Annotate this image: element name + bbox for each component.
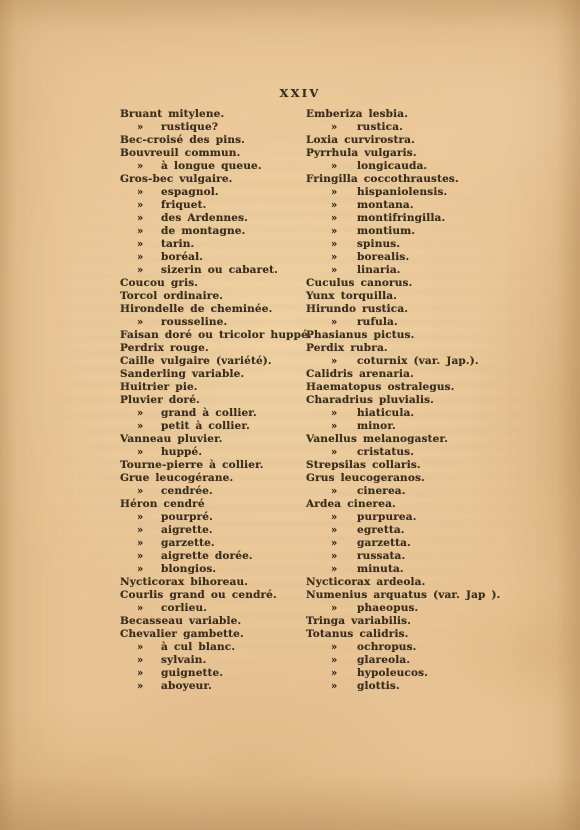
entry-text: aigrette. xyxy=(161,524,213,536)
entry-text: Becasseau variable. xyxy=(120,615,241,627)
entry-french: »blongios. xyxy=(120,563,306,576)
entry-text: guignette. xyxy=(161,667,223,679)
entry-text: Tourne-pierre à collier. xyxy=(120,459,264,471)
entry-text: Vanellus melanogaster. xyxy=(306,433,448,445)
entry-latin: »longicauda. xyxy=(306,160,506,173)
ditto-mark: » xyxy=(137,446,161,459)
entry-text: Huitrier pie. xyxy=(120,381,198,393)
ditto-mark: » xyxy=(137,407,161,420)
entry-text: Pyrrhula vulgaris. xyxy=(306,147,417,159)
entry-text: purpurea. xyxy=(357,511,417,523)
ditto-mark: » xyxy=(331,251,357,264)
entry-text: Calidris arenaria. xyxy=(306,368,414,380)
entry-french: »aigrette. xyxy=(120,524,306,537)
ditto-mark: » xyxy=(137,537,161,550)
entry-latin: »rufula. xyxy=(306,316,506,329)
entry-latin: »purpurea. xyxy=(306,511,506,524)
entry-latin: Strepsilas collaris. xyxy=(306,459,506,472)
entry-french: Gros-bec vulgaire. xyxy=(120,173,306,186)
ditto-mark: » xyxy=(137,264,161,277)
entry-text: Hirundo rustica. xyxy=(306,303,408,315)
entry-text: cristatus. xyxy=(357,446,414,458)
ditto-mark: » xyxy=(331,667,357,680)
entry-text: egretta. xyxy=(357,524,405,536)
entry-text: aboyeur. xyxy=(161,680,212,692)
entry-text: à longue queue. xyxy=(161,160,262,172)
entry-text: Haematopus ostralegus. xyxy=(306,381,455,393)
entry-text: Nycticorax bihoreau. xyxy=(120,576,248,588)
entry-latin: »russata. xyxy=(306,550,506,563)
entry-latin: Totanus calidris. xyxy=(306,628,506,641)
entry-text: sizerin ou cabaret. xyxy=(161,264,278,276)
entry-text: boréal. xyxy=(161,251,203,263)
ditto-mark: » xyxy=(137,160,161,173)
entry-french: Becasseau variable. xyxy=(120,615,306,628)
entry-latin: Phasianus pictus. xyxy=(306,329,506,342)
entry-latin: »ochropus. xyxy=(306,641,506,654)
entry-text: Phasianus pictus. xyxy=(306,329,414,341)
ditto-mark: » xyxy=(137,602,161,615)
entry-french: »espagnol. xyxy=(120,186,306,199)
entry-french: »à cul blanc. xyxy=(120,641,306,654)
entry-text: Coucou gris. xyxy=(120,277,198,289)
ditto-mark: » xyxy=(137,654,161,667)
french-column: Bruant mitylene.»rustique?Bec-croisé des… xyxy=(120,108,306,693)
entry-latin: »rustica. xyxy=(306,121,506,134)
ditto-mark: » xyxy=(137,680,161,693)
entry-text: montana. xyxy=(357,199,414,211)
ditto-mark: » xyxy=(137,563,161,576)
entry-french: Vanneau pluvier. xyxy=(120,433,306,446)
entry-text: grand à collier. xyxy=(161,407,257,419)
page-number: XXIV xyxy=(120,86,480,100)
entry-text: tarin. xyxy=(161,238,194,250)
ditto-mark: » xyxy=(331,602,357,615)
entry-text: minor. xyxy=(357,420,396,432)
entry-text: linaria. xyxy=(357,264,401,276)
entry-text: sylvain. xyxy=(161,654,206,666)
entry-latin: Loxia curvirostra. xyxy=(306,134,506,147)
entry-latin: Yunx torquilla. xyxy=(306,290,506,303)
entry-latin: »phaeopus. xyxy=(306,602,506,615)
entry-text: Totanus calidris. xyxy=(306,628,408,640)
entry-latin: »minuta. xyxy=(306,563,506,576)
entry-text: Sanderling variable. xyxy=(120,368,244,380)
entry-text: Ardea cinerea. xyxy=(306,498,396,510)
entry-french: »sizerin ou cabaret. xyxy=(120,264,306,277)
entry-latin: »coturnix (var. Jap.). xyxy=(306,355,506,368)
entry-latin: »garzetta. xyxy=(306,537,506,550)
entry-french: »friquet. xyxy=(120,199,306,212)
ditto-mark: » xyxy=(137,550,161,563)
ditto-mark: » xyxy=(331,511,357,524)
entry-text: glareola. xyxy=(357,654,410,666)
entry-text: aigrette dorée. xyxy=(161,550,253,562)
entry-text: ochropus. xyxy=(357,641,416,653)
entry-text: cendrée. xyxy=(161,485,213,497)
entry-french: Sanderling variable. xyxy=(120,368,306,381)
entry-text: Nycticorax ardeola. xyxy=(306,576,425,588)
entry-text: garzetta. xyxy=(357,537,411,549)
entry-text: rufula. xyxy=(357,316,398,328)
entry-latin: Nycticorax ardeola. xyxy=(306,576,506,589)
entry-text: Vanneau pluvier. xyxy=(120,433,223,445)
entry-text: Grue leucogérane. xyxy=(120,472,233,484)
entry-text: rustica. xyxy=(357,121,403,133)
entry-text: Bec-croisé des pins. xyxy=(120,134,245,146)
entry-french: »guignette. xyxy=(120,667,306,680)
entry-text: Strepsilas collaris. xyxy=(306,459,421,471)
ditto-mark: » xyxy=(331,485,357,498)
entry-french: Bruant mitylene. xyxy=(120,108,306,121)
entry-text: Gros-bec vulgaire. xyxy=(120,173,232,185)
entry-french: »pourpré. xyxy=(120,511,306,524)
entry-text: Loxia curvirostra. xyxy=(306,134,415,146)
scanned-book-page: XXIV Bruant mitylene.»rustique?Bec-crois… xyxy=(0,0,580,830)
entry-latin: »cinerea. xyxy=(306,485,506,498)
ditto-mark: » xyxy=(137,641,161,654)
entry-latin: Fringilla coccothraustes. xyxy=(306,173,506,186)
ditto-mark: » xyxy=(137,186,161,199)
entry-latin: »hiaticula. xyxy=(306,407,506,420)
entry-french: Torcol ordinaire. xyxy=(120,290,306,303)
entry-text: huppé. xyxy=(161,446,202,458)
ditto-mark: » xyxy=(137,316,161,329)
bird-name-list: Bruant mitylene.»rustique?Bec-croisé des… xyxy=(120,108,506,693)
entry-latin: Calidris arenaria. xyxy=(306,368,506,381)
entry-text: des Ardennes. xyxy=(161,212,248,224)
entry-text: Emberiza lesbia. xyxy=(306,108,408,120)
entry-text: Héron cendré xyxy=(120,498,205,510)
entry-french: Huitrier pie. xyxy=(120,381,306,394)
entry-french: »garzette. xyxy=(120,537,306,550)
entry-latin: Emberiza lesbia. xyxy=(306,108,506,121)
entry-latin: »montana. xyxy=(306,199,506,212)
ditto-mark: » xyxy=(331,537,357,550)
ditto-mark: » xyxy=(331,563,357,576)
entry-french: »rousseline. xyxy=(120,316,306,329)
entry-text: rustique? xyxy=(161,121,218,133)
ditto-mark: » xyxy=(137,524,161,537)
ditto-mark: » xyxy=(331,407,357,420)
entry-text: hypoleucos. xyxy=(357,667,428,679)
entry-french: »huppé. xyxy=(120,446,306,459)
entry-latin: Numenius arquatus (var. Jap ). xyxy=(306,589,506,602)
entry-latin: »montifringilla. xyxy=(306,212,506,225)
entry-text: cinerea. xyxy=(357,485,406,497)
entry-french: »rustique? xyxy=(120,121,306,134)
entry-text: blongios. xyxy=(161,563,216,575)
entry-french: »aboyeur. xyxy=(120,680,306,693)
ditto-mark: » xyxy=(331,225,357,238)
entry-latin: Haematopus ostralegus. xyxy=(306,381,506,394)
entry-text: borealis. xyxy=(357,251,409,263)
entry-latin: »glareola. xyxy=(306,654,506,667)
ditto-mark: » xyxy=(331,121,357,134)
entry-text: Fringilla coccothraustes. xyxy=(306,173,459,185)
entry-latin: Ardea cinerea. xyxy=(306,498,506,511)
entry-french: Chevalier gambette. xyxy=(120,628,306,641)
entry-text: à cul blanc. xyxy=(161,641,235,653)
entry-text: de montagne. xyxy=(161,225,245,237)
entry-text: Numenius arquatus (var. Jap ). xyxy=(306,589,500,601)
ditto-mark: » xyxy=(331,420,357,433)
entry-text: Perdix rubra. xyxy=(306,342,388,354)
entry-text: montium. xyxy=(357,225,415,237)
ditto-mark: » xyxy=(137,121,161,134)
ditto-mark: » xyxy=(331,238,357,251)
entry-french: »de montagne. xyxy=(120,225,306,238)
entry-french: »grand à collier. xyxy=(120,407,306,420)
entry-text: Grus leucogeranos. xyxy=(306,472,425,484)
entry-latin: »cristatus. xyxy=(306,446,506,459)
ditto-mark: » xyxy=(331,641,357,654)
entry-french: Perdrix rouge. xyxy=(120,342,306,355)
entry-text: minuta. xyxy=(357,563,404,575)
ditto-mark: » xyxy=(331,524,357,537)
entry-french: »boréal. xyxy=(120,251,306,264)
entry-text: hispaniolensis. xyxy=(357,186,447,198)
ditto-mark: » xyxy=(137,251,161,264)
entry-text: coturnix (var. Jap.). xyxy=(357,355,479,367)
entry-text: Pluvier doré. xyxy=(120,394,200,406)
entry-french: Faisan doré ou tricolor huppé. xyxy=(120,329,306,342)
ditto-mark: » xyxy=(331,264,357,277)
entry-latin: Pyrrhula vulgaris. xyxy=(306,147,506,160)
ditto-mark: » xyxy=(331,654,357,667)
entry-french: Tourne-pierre à collier. xyxy=(120,459,306,472)
ditto-mark: » xyxy=(137,667,161,680)
ditto-mark: » xyxy=(137,199,161,212)
entry-text: glottis. xyxy=(357,680,400,692)
entry-latin: »hispaniolensis. xyxy=(306,186,506,199)
entry-french: »petit à collier. xyxy=(120,420,306,433)
entry-french: »corlieu. xyxy=(120,602,306,615)
entry-text: hiaticula. xyxy=(357,407,414,419)
entry-latin: »glottis. xyxy=(306,680,506,693)
entry-latin: »hypoleucos. xyxy=(306,667,506,680)
entry-latin: »spinus. xyxy=(306,238,506,251)
entry-french: »des Ardennes. xyxy=(120,212,306,225)
entry-latin: Perdix rubra. xyxy=(306,342,506,355)
entry-latin: »montium. xyxy=(306,225,506,238)
entry-french: Courlis grand ou cendré. xyxy=(120,589,306,602)
entry-text: Courlis grand ou cendré. xyxy=(120,589,277,601)
entry-french: Hirondelle de cheminée. xyxy=(120,303,306,316)
entry-text: longicauda. xyxy=(357,160,427,172)
entry-text: Charadrius pluvialis. xyxy=(306,394,434,406)
entry-latin: »linaria. xyxy=(306,264,506,277)
ditto-mark: » xyxy=(331,160,357,173)
ditto-mark: » xyxy=(137,511,161,524)
ditto-mark: » xyxy=(137,238,161,251)
entry-text: pourpré. xyxy=(161,511,213,523)
entry-french: »aigrette dorée. xyxy=(120,550,306,563)
latin-column: Emberiza lesbia.»rustica.Loxia curvirost… xyxy=(306,108,506,693)
entry-french: »sylvain. xyxy=(120,654,306,667)
entry-text: Bruant mitylene. xyxy=(120,108,224,120)
entry-text: Torcol ordinaire. xyxy=(120,290,223,302)
entry-text: montifringilla. xyxy=(357,212,445,224)
entry-text: Tringa variabilis. xyxy=(306,615,411,627)
entry-text: corlieu. xyxy=(161,602,207,614)
ditto-mark: » xyxy=(137,225,161,238)
entry-text: Caille vulgaire (variété). xyxy=(120,355,272,367)
ditto-mark: » xyxy=(137,420,161,433)
entry-french: Coucou gris. xyxy=(120,277,306,290)
entry-latin: Vanellus melanogaster. xyxy=(306,433,506,446)
ditto-mark: » xyxy=(331,680,357,693)
entry-text: petit à collier. xyxy=(161,420,250,432)
entry-french: Grue leucogérane. xyxy=(120,472,306,485)
entry-latin: »minor. xyxy=(306,420,506,433)
entry-french: Caille vulgaire (variété). xyxy=(120,355,306,368)
entry-latin: Hirundo rustica. xyxy=(306,303,506,316)
ditto-mark: » xyxy=(331,446,357,459)
entry-text: Chevalier gambette. xyxy=(120,628,244,640)
entry-latin: Grus leucogeranos. xyxy=(306,472,506,485)
entry-text: rousseline. xyxy=(161,316,227,328)
entry-text: Cuculus canorus. xyxy=(306,277,412,289)
entry-text: garzette. xyxy=(161,537,215,549)
ditto-mark: » xyxy=(331,316,357,329)
ditto-mark: » xyxy=(137,212,161,225)
entry-text: Perdrix rouge. xyxy=(120,342,209,354)
entry-latin: »borealis. xyxy=(306,251,506,264)
entry-french: »à longue queue. xyxy=(120,160,306,173)
ditto-mark: » xyxy=(137,485,161,498)
ditto-mark: » xyxy=(331,199,357,212)
entry-latin: »egretta. xyxy=(306,524,506,537)
entry-text: espagnol. xyxy=(161,186,219,198)
entry-latin: Tringa variabilis. xyxy=(306,615,506,628)
entry-text: friquet. xyxy=(161,199,206,211)
entry-latin: Cuculus canorus. xyxy=(306,277,506,290)
entry-text: Bouvreuil commun. xyxy=(120,147,240,159)
entry-french: Héron cendré xyxy=(120,498,306,511)
entry-french: Bec-croisé des pins. xyxy=(120,134,306,147)
entry-text: Hirondelle de cheminée. xyxy=(120,303,272,315)
entry-text: Yunx torquilla. xyxy=(306,290,397,302)
ditto-mark: » xyxy=(331,186,357,199)
entry-french: Nycticorax bihoreau. xyxy=(120,576,306,589)
ditto-mark: » xyxy=(331,212,357,225)
entry-french: Bouvreuil commun. xyxy=(120,147,306,160)
entry-text: russata. xyxy=(357,550,405,562)
entry-text: phaeopus. xyxy=(357,602,418,614)
ditto-mark: » xyxy=(331,550,357,563)
ditto-mark: » xyxy=(331,355,357,368)
entry-french: »cendrée. xyxy=(120,485,306,498)
entry-french: Pluvier doré. xyxy=(120,394,306,407)
entry-latin: Charadrius pluvialis. xyxy=(306,394,506,407)
entry-text: spinus. xyxy=(357,238,400,250)
entry-text: Faisan doré ou tricolor huppé. xyxy=(120,329,312,341)
entry-french: »tarin. xyxy=(120,238,306,251)
